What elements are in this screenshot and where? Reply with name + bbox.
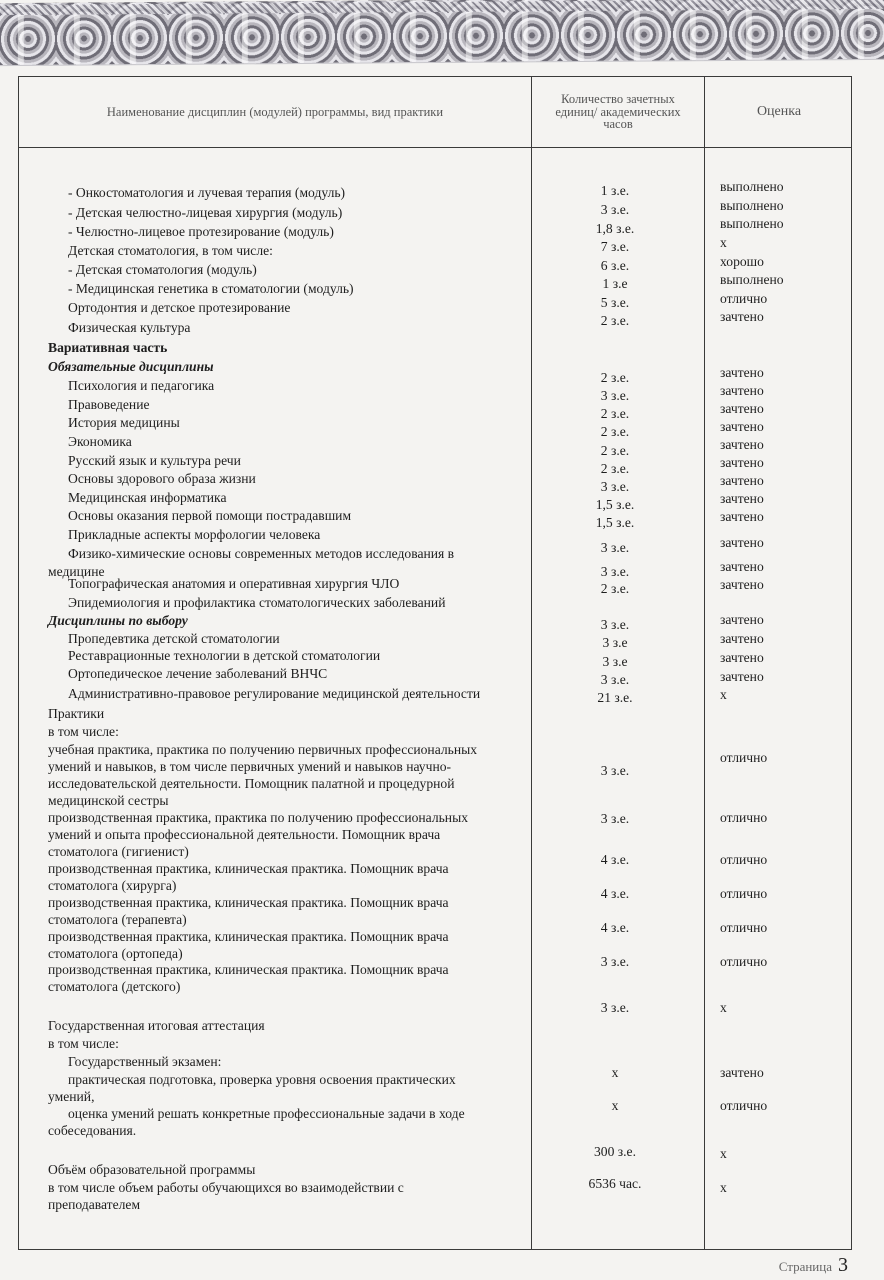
discipline-name: Основы оказания первой помощи пострадавш… — [68, 508, 351, 523]
section-title-mandatory: Обязательные дисциплины — [48, 359, 214, 374]
gia-item-line: оценка умений решать конкретные професси… — [68, 1106, 465, 1121]
discipline-name: Основы здорового образа жизни — [68, 471, 256, 486]
decorative-border-ornament — [0, 0, 884, 66]
practice-item-credits: 3 з.е. — [540, 954, 690, 969]
discipline-name: Прикладные аспекты морфологии человека — [68, 527, 320, 542]
header-grade: Оценка — [705, 77, 853, 147]
discipline-grade: зачтено — [720, 401, 764, 416]
discipline-credits: 3 з.е. — [540, 540, 690, 555]
discipline-credits: 1,5 з.е. — [540, 515, 690, 530]
discipline-credits: 1 з.е. — [540, 183, 690, 198]
discipline-credits: 1 з.е — [540, 276, 690, 291]
practice-item-credits: 3 з.е. — [540, 811, 690, 826]
discipline-credits: 2 з.е. — [540, 581, 690, 596]
practice-item-line: умений и навыков, в том числе первичных … — [48, 759, 451, 774]
discipline-grade: зачтено — [720, 383, 764, 398]
gia-item-line: умений, — [48, 1089, 94, 1104]
practice-item-grade: отлично — [720, 886, 767, 901]
discipline-credits: 2 з.е. — [540, 370, 690, 385]
discipline-grade: выполнено — [720, 198, 784, 213]
discipline-grade: отлично — [720, 291, 767, 306]
practice-item-grade: отлично — [720, 852, 767, 867]
discipline-credits: 2 з.е. — [540, 424, 690, 439]
practice-item-line: исследовательской деятельности. Помощник… — [48, 776, 454, 791]
discipline-credits: 1,8 з.е. — [540, 221, 690, 236]
practice-item-grade: отлично — [720, 750, 767, 765]
page-label-text: Страница — [779, 1259, 832, 1274]
volume-contact-hours: 6536 час. — [540, 1176, 690, 1191]
discipline-credits: 3 з.е. — [540, 479, 690, 494]
discipline-grade: зачтено — [720, 559, 764, 574]
discipline-grade: зачтено — [720, 455, 764, 470]
discipline-credits: 3 з.е — [540, 635, 690, 650]
header-credits: Количество зачетных единиц/ академически… — [532, 77, 704, 147]
discipline-grade: хорошо — [720, 254, 764, 269]
practice-item-line: стоматолога (терапевта) — [48, 912, 187, 927]
discipline-grade: зачтено — [720, 669, 764, 684]
discipline-name: Административно-правовое регулирование м… — [68, 686, 480, 701]
discipline-grade: x — [720, 235, 727, 250]
practice-item-credits: 4 з.е. — [540, 886, 690, 901]
practice-item-line: стоматолога (ортопеда) — [48, 946, 183, 961]
discipline-name: Медицинская информатика — [68, 490, 226, 505]
section-title-elective: Дисциплины по выбору — [48, 613, 188, 628]
column-divider — [704, 77, 705, 1249]
discipline-grade: зачтено — [720, 650, 764, 665]
discipline-name: Ортопедическое лечение заболеваний ВНЧС — [68, 666, 327, 681]
discipline-grade: зачтено — [720, 309, 764, 324]
discipline-credits: 2 з.е. — [540, 406, 690, 421]
discipline-name: Психология и педагогика — [68, 378, 214, 393]
ornament-band — [0, 0, 884, 15]
practice-item-line: стоматолога (детского) — [48, 979, 180, 994]
discipline-name: Физическая культура — [68, 320, 190, 335]
discipline-credits: 2 з.е. — [540, 443, 690, 458]
discipline-credits: 3 з.е — [540, 654, 690, 669]
discipline-name: Пропедевтика детской стоматологии — [68, 631, 280, 646]
practice-item-grade: отлично — [720, 920, 767, 935]
discipline-credits: 5 з.е. — [540, 295, 690, 310]
page-number-label: Страница3 — [779, 1254, 848, 1277]
practice-credits: 21 з.е. — [540, 690, 690, 705]
discipline-name: История медицины — [68, 415, 180, 430]
header-divider — [19, 147, 851, 148]
discipline-name: Детская стоматология, в том числе: — [68, 243, 273, 258]
discipline-grade: выполнено — [720, 216, 784, 231]
discipline-grade: зачтено — [720, 535, 764, 550]
practice-item-line: производственная практика, клиническая п… — [48, 962, 449, 977]
gia-item-credits: x — [540, 1098, 690, 1113]
gia-item-grade: зачтено — [720, 1065, 764, 1080]
practice-item-credits: 4 з.е. — [540, 920, 690, 935]
discipline-credits: 3 з.е. — [540, 564, 690, 579]
discipline-grade: зачтено — [720, 577, 764, 592]
discipline-grade: выполнено — [720, 272, 784, 287]
section-title-variative: Вариативная часть — [48, 340, 167, 355]
practice-grade: x — [720, 687, 727, 702]
volume-contact-line: в том числе объем работы обучающихся во … — [48, 1180, 404, 1195]
discipline-name: - Онкостоматология и лучевая терапия (мо… — [68, 185, 345, 200]
discipline-name: Топографическая анатомия и оперативная х… — [68, 576, 399, 591]
discipline-name: Правоведение — [68, 397, 150, 412]
volume-contact-grade: x — [720, 1180, 727, 1195]
discipline-credits: 6 з.е. — [540, 258, 690, 273]
discipline-name: Ортодонтия и детское протезирование — [68, 300, 290, 315]
practice-item-line: стоматолога (хирурга) — [48, 878, 176, 893]
discipline-credits: 3 з.е. — [540, 202, 690, 217]
discipline-credits: 1,5 з.е. — [540, 497, 690, 512]
gia-grade: x — [720, 1000, 727, 1015]
discipline-credits: 3 з.е. — [540, 617, 690, 632]
practice-item-line: производственная практика, клиническая п… — [48, 929, 449, 944]
volume-credits: 300 з.е. — [540, 1144, 690, 1159]
discipline-credits: 3 з.е. — [540, 672, 690, 687]
discipline-name: - Медицинская генетика в стоматологии (м… — [68, 281, 354, 296]
gia-item-line: практическая подготовка, проверка уровня… — [68, 1072, 456, 1087]
volume-grade: x — [720, 1146, 727, 1161]
practice-item-line: умений и опыта профессиональной деятельн… — [48, 827, 440, 842]
discipline-credits: 3 з.е. — [540, 388, 690, 403]
discipline-credits: 7 з.е. — [540, 239, 690, 254]
discipline-grade: зачтено — [720, 491, 764, 506]
practice-subtitle: в том числе: — [48, 724, 119, 739]
practice-item-credits: 4 з.е. — [540, 852, 690, 867]
discipline-grade: зачтено — [720, 509, 764, 524]
discipline-name: Реставрационные технологии в детской сто… — [68, 648, 380, 663]
discipline-grade: зачтено — [720, 419, 764, 434]
practice-item-credits: 3 з.е. — [540, 763, 690, 778]
discipline-name: Физико-химические основы современных мет… — [68, 546, 454, 561]
discipline-grade: зачтено — [720, 631, 764, 646]
gia-item-credits: x — [540, 1065, 690, 1080]
discipline-name: - Детская челюстно-лицевая хирургия (мод… — [68, 205, 342, 220]
discipline-name: Экономика — [68, 434, 132, 449]
section-title-gia: Государственная итоговая аттестация — [48, 1018, 265, 1033]
header-discipline-name: Наименование дисциплин (модулей) програм… — [19, 77, 531, 147]
discipline-name: Русский язык и культура речи — [68, 453, 241, 468]
column-divider — [531, 77, 532, 1249]
practice-item-line: производственная практика, клиническая п… — [48, 895, 449, 910]
gia-item-grade: отлично — [720, 1098, 767, 1113]
volume-contact-line: преподавателем — [48, 1197, 140, 1212]
section-title-volume: Объём образовательной программы — [48, 1162, 255, 1177]
gia-subtitle: в том числе: — [48, 1036, 119, 1051]
practice-item-grade: отлично — [720, 810, 767, 825]
discipline-credits: 2 з.е. — [540, 313, 690, 328]
discipline-name: - Челюстно-лицевое протезирование (модул… — [68, 224, 334, 239]
section-title-practice: Практики — [48, 706, 104, 721]
discipline-grade: зачтено — [720, 437, 764, 452]
discipline-grade: зачтено — [720, 473, 764, 488]
practice-item-line: производственная практика, практика по п… — [48, 810, 468, 825]
practice-item-line: стоматолога (гигиенист) — [48, 844, 189, 859]
discipline-grade: зачтено — [720, 612, 764, 627]
discipline-grade: выполнено — [720, 179, 784, 194]
practice-item-line: учебная практика, практика по получению … — [48, 742, 477, 757]
discipline-grade: зачтено — [720, 365, 764, 380]
gia-exam-title: Государственный экзамен: — [68, 1054, 221, 1069]
discipline-name: Эпидемиология и профилактика стоматологи… — [68, 595, 445, 610]
gia-credits: 3 з.е. — [540, 1000, 690, 1015]
practice-item-line: медицинской сестры — [48, 793, 169, 808]
page-number: 3 — [838, 1254, 848, 1276]
practice-item-grade: отлично — [720, 954, 767, 969]
practice-item-line: производственная практика, клиническая п… — [48, 861, 449, 876]
gia-item-line: собеседования. — [48, 1123, 136, 1138]
discipline-name: - Детская стоматология (модуль) — [68, 262, 257, 277]
discipline-credits: 2 з.е. — [540, 461, 690, 476]
